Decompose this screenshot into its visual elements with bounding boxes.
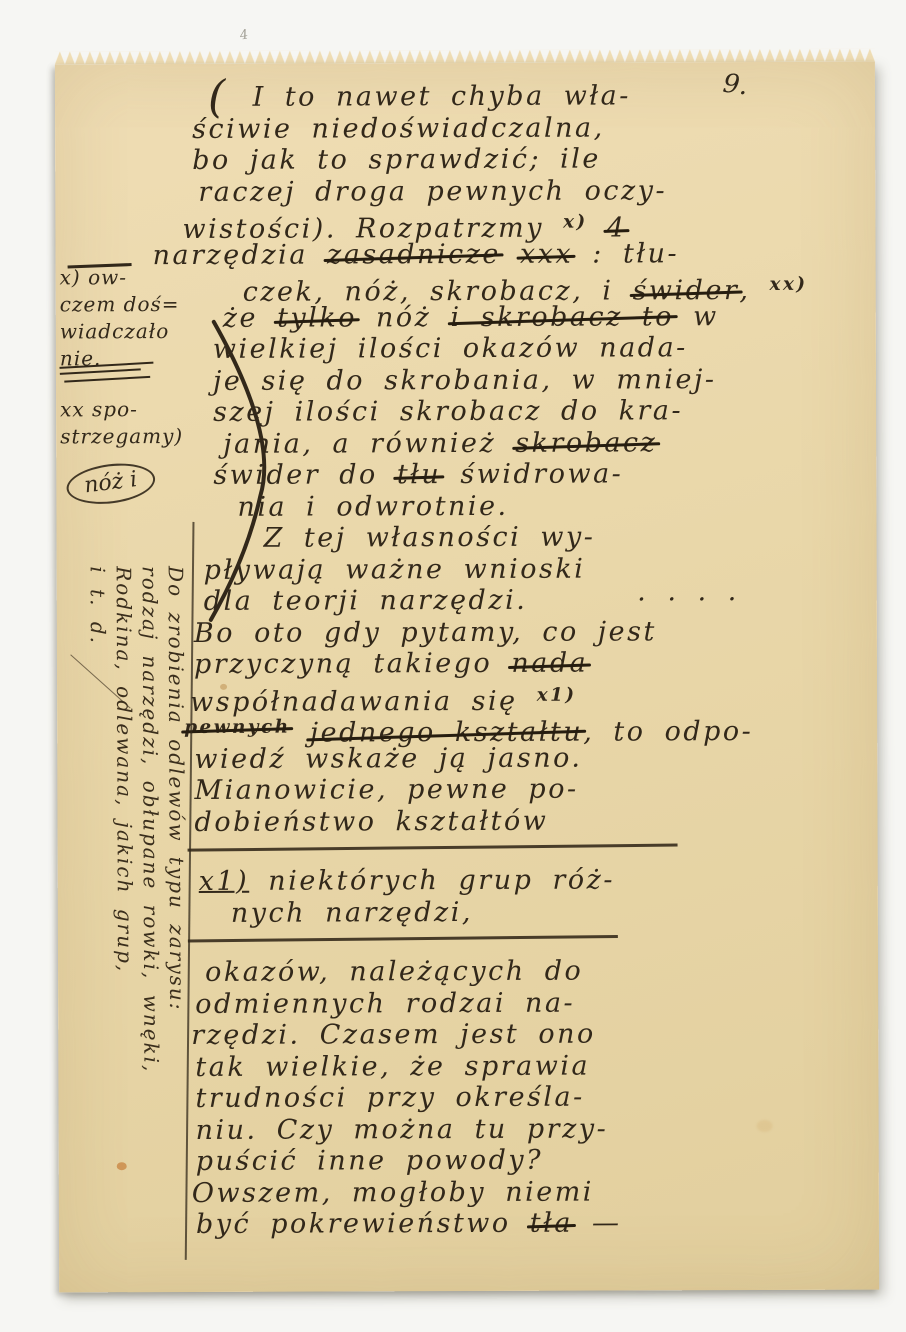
text-segment: I to nawet chyba wła- [252,80,630,113]
text-segment: x1) [537,679,577,711]
text-segment: wiedź wskaże ją jasno. [194,742,582,775]
manuscript-line: czek, nóż, skrobacz, i świder, xx) [243,268,903,302]
paper-stain [117,1162,127,1170]
closing-bracket-stroke [206,316,277,626]
manuscript-line: odmiennych rodzai na- [195,986,855,1020]
manuscript-line: je się do skrobania, w mniej- [213,363,873,397]
struck-text-segment: tylko [277,302,357,334]
text-segment: w [674,301,719,333]
text-segment: odmiennych rodzai na- [195,987,575,1020]
paper-stain [220,684,227,690]
text-segment: : tłu- [573,238,679,270]
paper-stain [757,1120,773,1132]
manuscript-line: Mianowicie, pewne po- [194,773,854,807]
text-segment: rzędzi. Czasem jest ono [191,1019,596,1052]
text-segment: bo jak to sprawdzić; ile [192,144,601,177]
paper-body: 9. ( I to nawet chyba wła-ściwie niedośw… [55,62,879,1293]
manuscript-line: być pokrewieństwo tła — [196,1207,856,1241]
struck-text-segment: tła [530,1208,573,1240]
text-segment: ( [208,82,253,114]
margin-footnote-x: x) ow- czem doś= wiadczało nie. [60,264,180,372]
manuscript-line: dla teorji narzędzi.· · · · [204,584,864,618]
manuscript-line: bo jak to sprawdzić; ile [192,143,852,177]
text-segment: puścić inne powody? [196,1145,543,1178]
struck-text-segment: skrobacz [515,427,657,459]
text-segment: być pokrewieństwo [196,1208,530,1241]
manuscript-line: przyczyną takiego nada [194,647,854,681]
manuscript-line: raczej droga pewnych oczy- [198,174,858,208]
manuscript-line: współnadawania się x1) [190,678,850,712]
manuscript-line: nia i odwrotnie. [237,489,897,523]
manuscript-line: Z tej własności wy- [263,520,906,554]
manuscript-line: okazów, należących do [205,955,865,989]
manuscript-line: trudności przy określa- [195,1081,855,1115]
pencil-corner-mark: 4 [239,27,250,43]
struck-text-segment: xxx [520,238,573,270]
text-segment: trudności przy określa- [195,1082,584,1115]
manuscript-line: wiedź wskaże ją jasno. [194,741,854,775]
double-underline-mark [59,362,154,387]
text-segment: — [573,1207,622,1239]
text-segment [501,238,520,270]
struck-text-segment: tłu [397,459,442,491]
text-segment: · · · · [637,584,739,616]
manuscript-line: pływają ważne wnioski [204,552,864,586]
manuscript-line: ( I to nawet chyba wła- [208,80,868,114]
manuscript-line: x1) niektórych grup róż- [199,864,859,898]
manuscript-line: że tylko nóż i skrobacz to w [223,300,883,334]
manuscript-line: tak wielkie, że sprawia [195,1049,855,1083]
manuscript-line: niu. Czy można tu przy- [196,1112,856,1146]
text-segment: je się do skrobania, w mniej- [213,364,717,397]
text-segment: tak wielkie, że sprawia [195,1050,590,1083]
text-segment: niu. Czy można tu przy- [196,1113,609,1146]
vertical-margin-note: Do zrobienia odlewów typu zarysu: rodzaj… [85,566,191,1271]
text-segment: wielkiej ilości okazów nada- [213,332,688,365]
manuscript-line: dobieństwo kształtów [194,804,854,838]
text-segment: okazów, należących do [205,956,583,989]
text-segment: Z tej własności wy- [263,522,595,555]
text-segment: Mianowicie, pewne po- [194,774,578,807]
manuscript-line: puścić inne powody? [196,1144,856,1178]
manuscript-line: Owszem, mogłoby niemi [192,1175,852,1209]
text-segment: nych narzędzi, [231,896,473,928]
text-segment: raczej droga pewnych oczy- [198,175,667,208]
manuscript-line: świder do tłu świdrowa- [213,458,873,492]
manuscript-line: Bo oto gdy pytamy, co jest [194,615,854,649]
struck-text-segment: i skrobacz to [450,301,674,333]
text-segment: niektórych grup róż- [249,864,615,897]
struck-text-segment: zasadnicze [327,238,501,270]
text-segment: ściwie niedoświadczalna, [192,112,605,145]
manuscript-line: rzędzi. Czasem jest ono [191,1018,851,1052]
manuscript-line: nych narzędzi, [231,895,891,929]
manuscript-line: wielkiej ilości okazów nada- [213,332,873,366]
manuscript-scan: 4 9. ( I to nawet chyba wła-ściwie niedo… [0,0,906,1332]
manuscript-line: wistości). Rozpatrzmy x) 4 [182,206,842,240]
margin-note-xx: xx spo- strzegamy) [60,396,183,450]
text-segment: nóż [357,302,451,334]
text-segment: x1) [199,866,250,898]
circled-note: nóż i [64,459,157,509]
text-segment: Owszem, mogłoby niemi [192,1176,594,1209]
manuscript-line: narzędzia zasadnicze xxx : tłu- [152,237,812,271]
text-segment: przyczyną takiego [194,648,511,681]
text-segment: xx) [769,269,807,301]
manuscript-line: pewnych jednego kształtu, to odpo- [184,710,844,744]
text-segment: dobieństwo kształtów [194,805,548,838]
struck-text-segment: pewnych [184,712,290,744]
text-segment: świdrowa- [441,458,623,490]
text-segment: x) [563,207,588,239]
manuscript-line: ściwie niedoświadczalna, [192,111,852,145]
struck-text-segment: nada [511,648,588,680]
text-segment: nia i odwrotnie. [237,490,508,522]
manuscript-text: ( I to nawet chyba wła-ściwie niedoświad… [170,80,834,1241]
manuscript-page: 9. ( I to nawet chyba wła-ściwie niedośw… [55,49,879,1293]
text-segment: szej ilości skrobacz do kra- [213,395,683,428]
manuscript-line: jania, a również skrobacz [223,426,883,460]
manuscript-line: szej ilości skrobacz do kra- [213,395,873,429]
